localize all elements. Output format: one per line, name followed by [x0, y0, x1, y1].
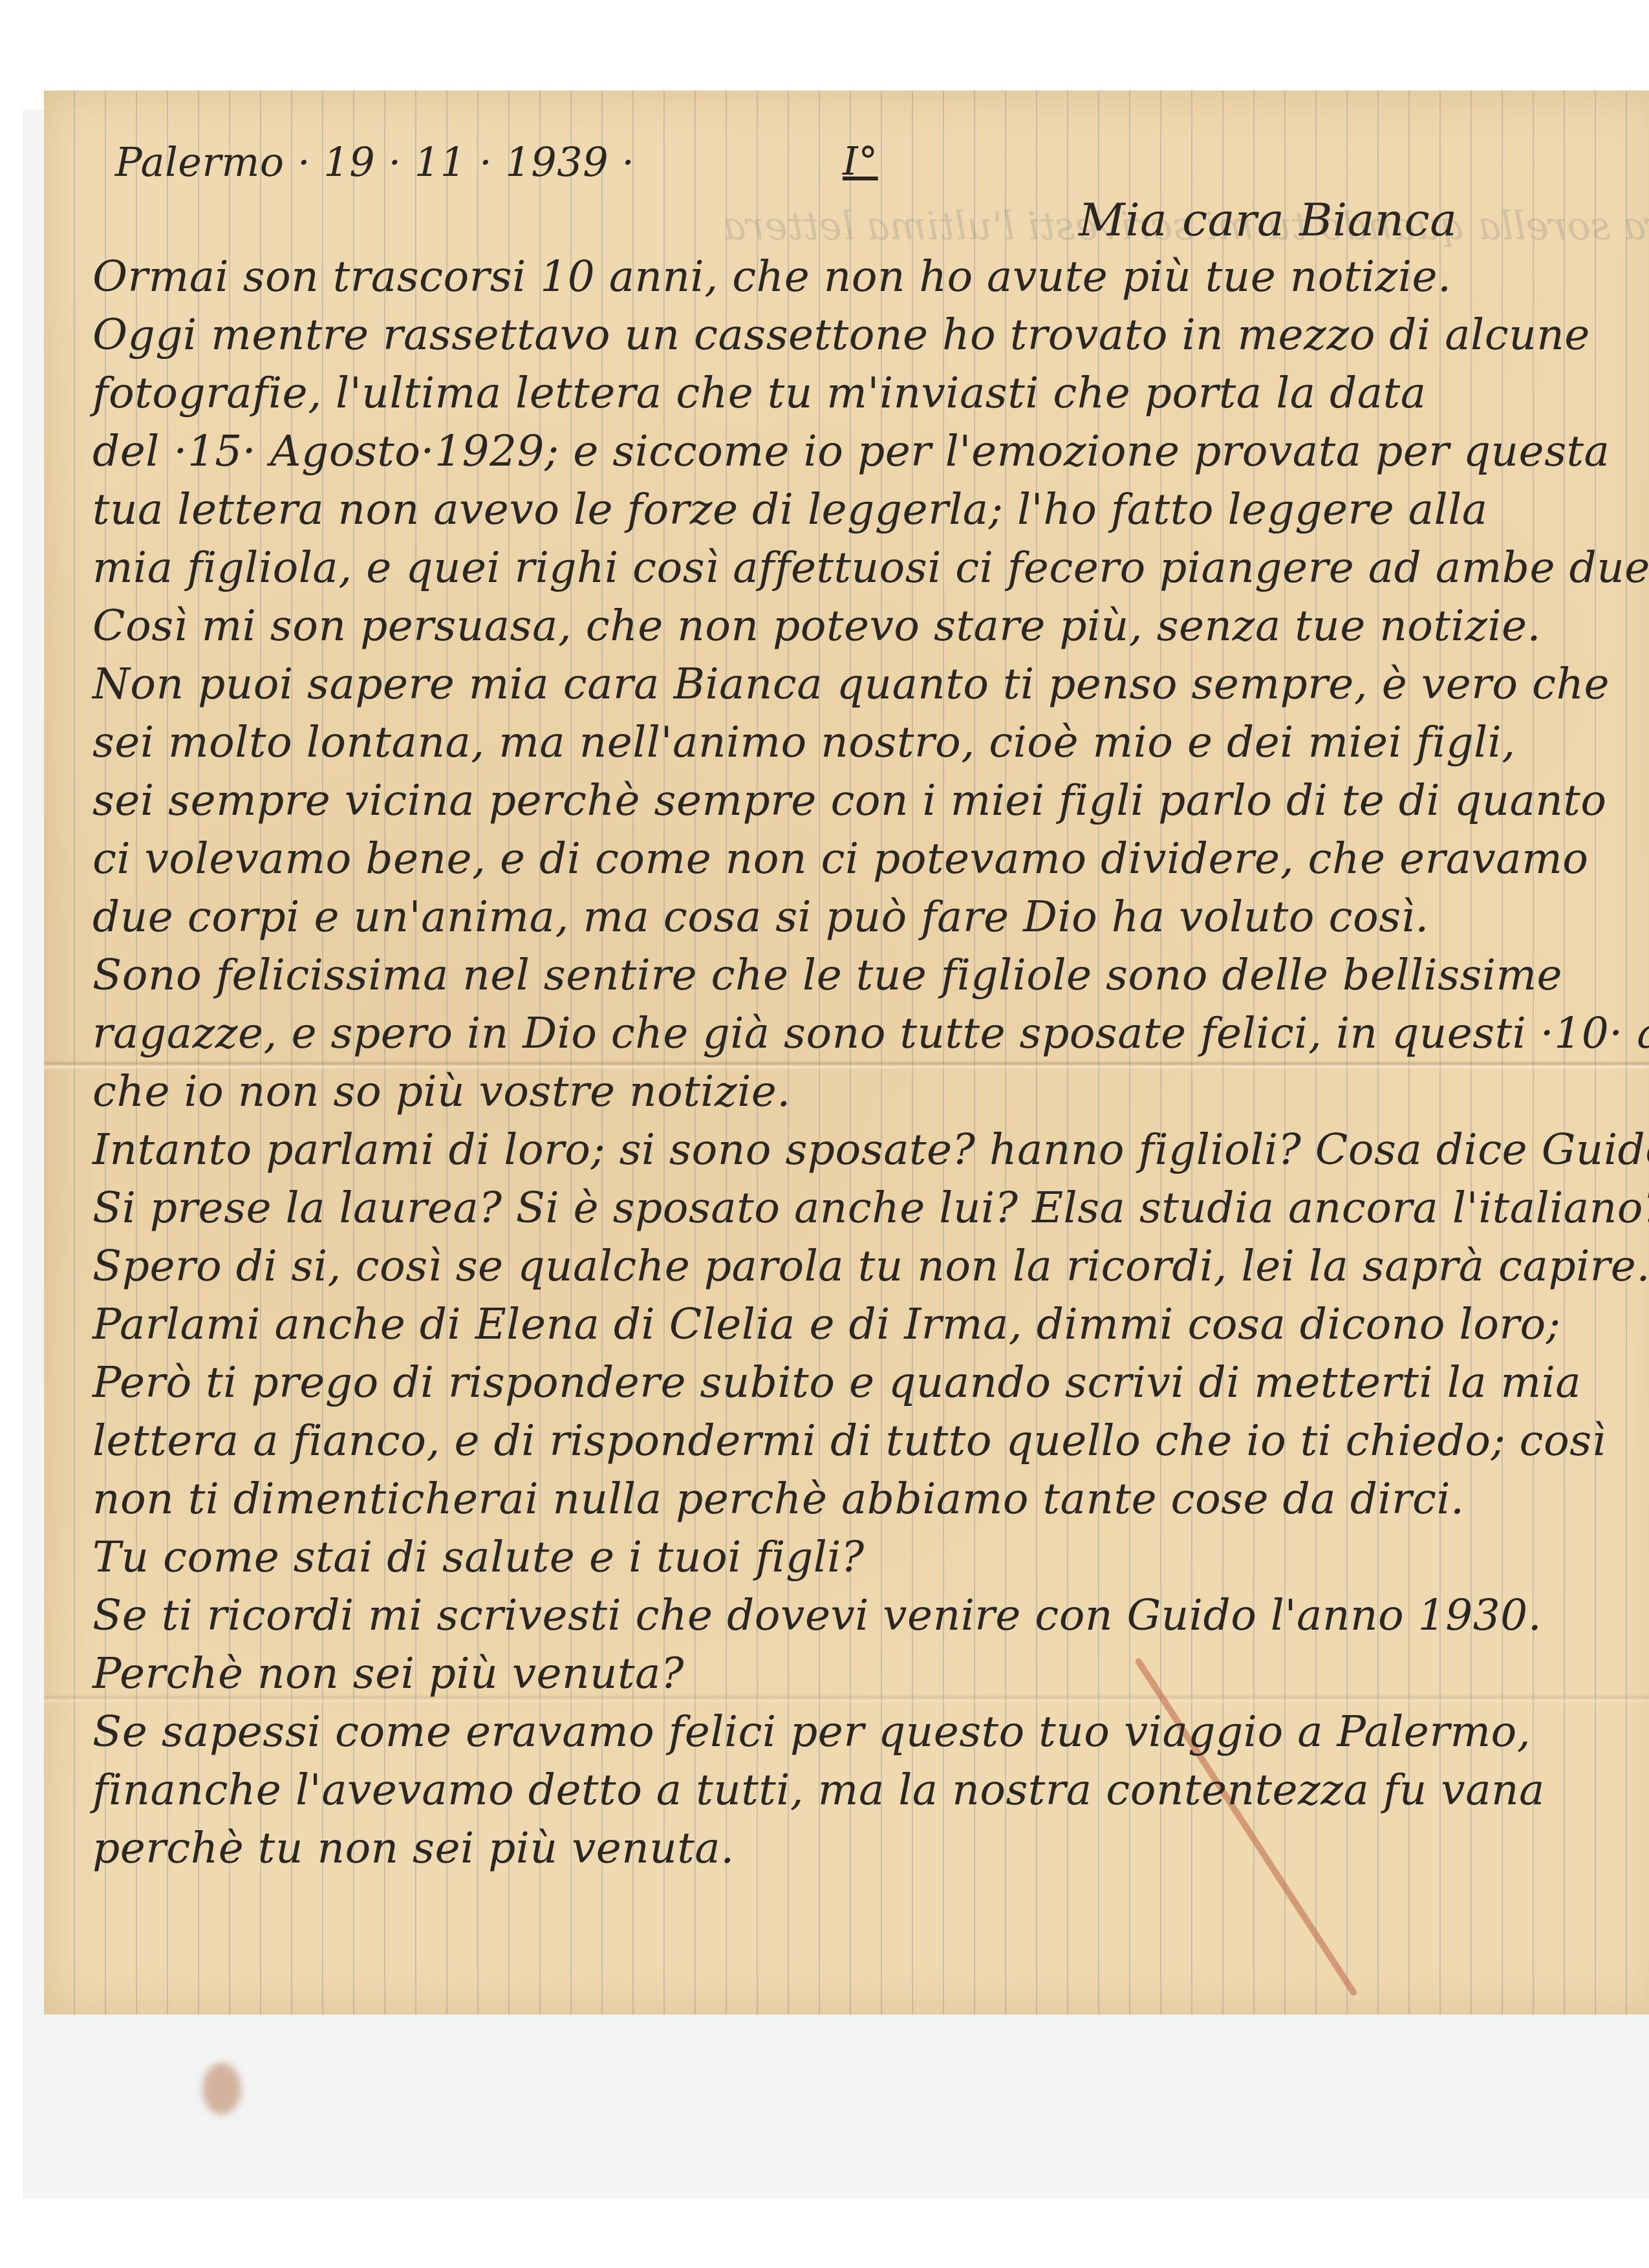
letter-line: Così mi son persuasa, che non potevo sta…	[92, 605, 1541, 647]
letter-line: Se ti ricordi mi scrivesti che dovevi ve…	[92, 1594, 1542, 1637]
letter-line: Oggi mentre rassettavo un cassettone ho …	[92, 314, 1590, 356]
letter-line: Intanto parlami di loro; si sono sposate…	[92, 1129, 1649, 1171]
place-and-date: Palermo · 19 · 11 · 1939 ·	[115, 142, 635, 182]
letter-line: fotografie, l'ultima lettera che tu m'in…	[92, 372, 1427, 415]
letter-line: Tu come stai di salute e i tuoi figli?	[92, 1536, 865, 1579]
letter-line: Non puoi sapere mia cara Bianca quanto t…	[92, 663, 1610, 706]
letter-line: ragazze, e spero in Dio che già sono tut…	[92, 1012, 1649, 1055]
page-number: I°	[843, 142, 878, 181]
letter-line: non ti dimenticherai nulla perchè abbiam…	[92, 1478, 1465, 1520]
letter-line: mia figliola, e quei righi così affettuo…	[92, 546, 1649, 589]
letter-line: Se sapessi come eravamo felici per quest…	[92, 1711, 1531, 1753]
letter-line: tua lettera non avevo le forze di legger…	[92, 488, 1488, 531]
letter-line: del ·15· Agosto·1929; e siccome io per l…	[92, 430, 1610, 473]
ink-stain	[202, 2063, 241, 2115]
letter-line: lettera a fianco, e di rispondermi di tu…	[92, 1420, 1606, 1462]
letter-line: Però ti prego di rispondere subito e qua…	[92, 1361, 1581, 1404]
letter-line: finanche l'avevamo detto a tutti, ma la …	[92, 1769, 1545, 1811]
letter-line: Si prese la laurea? Si è sposato anche l…	[92, 1187, 1649, 1229]
letter-line: due corpi e un'anima, ma cosa si può far…	[92, 896, 1429, 938]
letter-line: perchè tu non sei più venuta.	[92, 1827, 735, 1870]
letter-line: che io non so più vostre notizie.	[92, 1070, 791, 1113]
letter-line: Spero di si, così se qualche parola tu n…	[92, 1245, 1649, 1288]
letter-line: Parlami anche di Elena di Clelia e di Ir…	[92, 1303, 1560, 1346]
letter-line: sei molto lontana, ma nell'animo nostro,…	[92, 721, 1516, 764]
salutation: Mia cara Bianca	[1079, 197, 1458, 243]
letter-line: Ormai son trascorsi 10 anni, che non ho …	[92, 255, 1452, 298]
letter-line: Perchè non sei più venuta?	[92, 1652, 684, 1695]
letter-line: sei sempre vicina perchè sempre con i mi…	[92, 779, 1607, 822]
letter-line: Sono felicissima nel sentire che le tue …	[92, 954, 1562, 997]
letter-line: ci volevamo bene, e di come non ci potev…	[92, 837, 1589, 880]
letter-sheet: Cara sorella quando tu mi scrivesti l'ul…	[44, 91, 1649, 2014]
